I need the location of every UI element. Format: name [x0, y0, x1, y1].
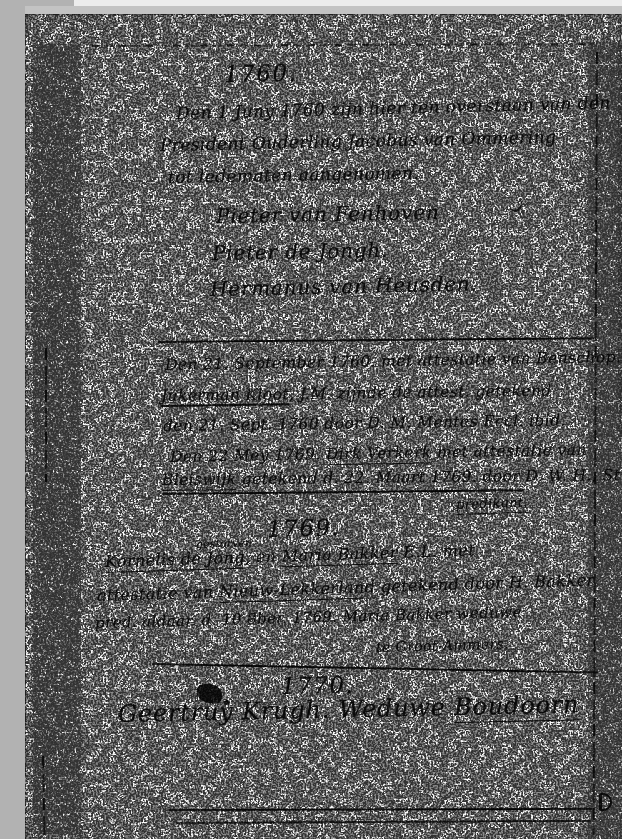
underlined-member-name: Maria Bakker	[282, 543, 399, 568]
document-scan-viewport: 1760. Den 1 Juny 1760 zijn hier ten over…	[0, 0, 622, 839]
left-page-fold-line-upper	[45, 348, 47, 482]
attestation-text: , en	[245, 546, 283, 566]
underlined-member-name: Jükerman Kloot	[161, 385, 289, 407]
year-heading-1769: 1769.	[267, 515, 341, 543]
scan-right-edge	[618, 14, 622, 434]
attestation-text: met attestatie van	[431, 441, 586, 462]
member-name: Pieter van Fenhoven	[216, 200, 440, 228]
member-name: Pieter de Jongh.	[212, 238, 389, 265]
underlined-word: predikant.	[456, 495, 529, 515]
underlined-member-name: Dirk Verkerk	[326, 443, 432, 465]
scan-top-shadow-band	[25, 6, 622, 14]
attestation-text: E.L. met	[397, 540, 475, 561]
year-heading-1760: 1760.	[224, 61, 298, 88]
attestation-text: Den 22 Mey 1769.	[170, 445, 326, 466]
underlined-place-name: Bleiswijk	[162, 470, 237, 491]
signature-line: predikant.	[456, 495, 529, 513]
attestation-text: attestatie van	[97, 582, 220, 605]
underlined-member-name: Kornelis de Jong	[105, 548, 245, 573]
underlined-family-name: Boudoorn	[454, 690, 580, 723]
attestation-text: , J.M. zijnde de attest. getekend	[289, 382, 552, 404]
